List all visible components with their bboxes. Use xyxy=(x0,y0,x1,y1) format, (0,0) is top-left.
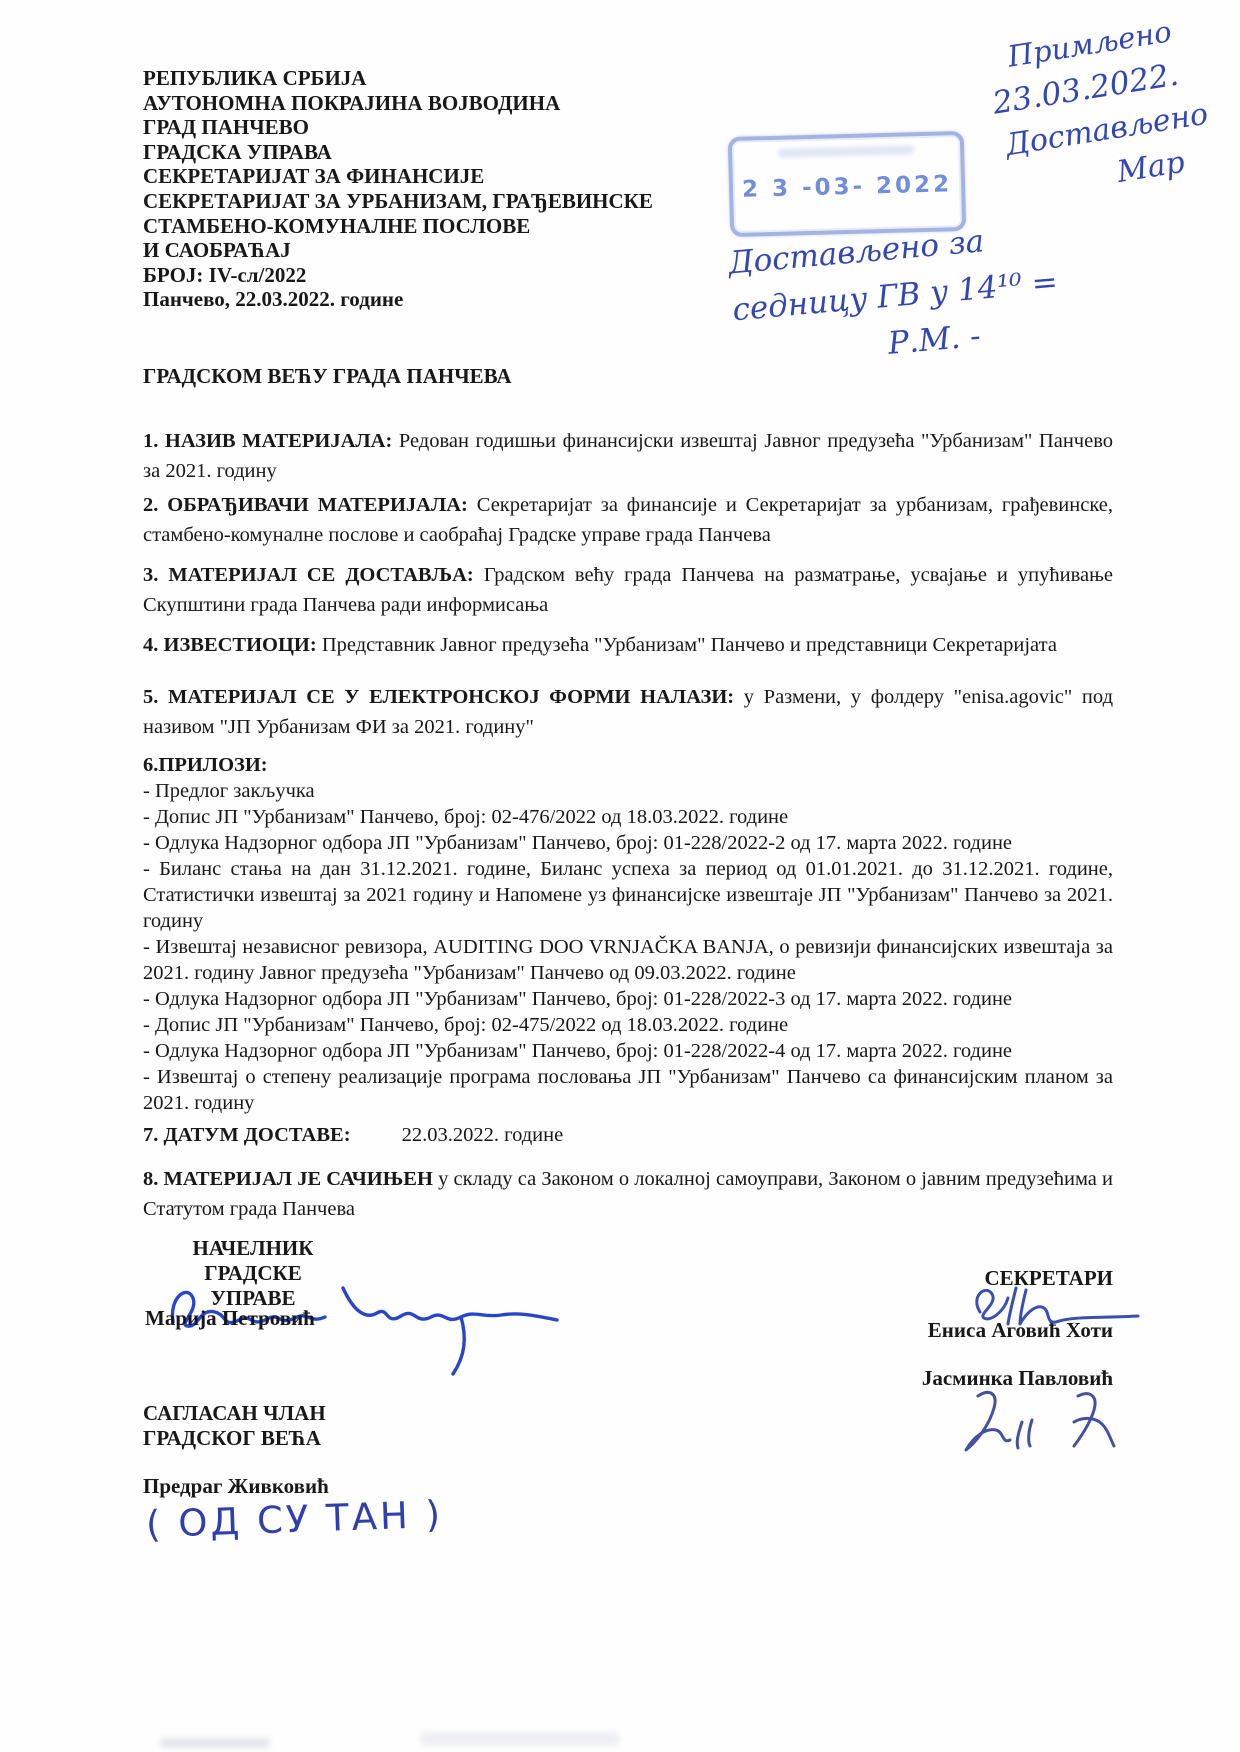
section-8-label: 8. МАТЕРИЈАЛ ЈЕ САЧИЊЕН xyxy=(143,1168,433,1190)
head-official-name: Марија Петровић xyxy=(145,1306,315,1331)
letterhead-line: ГРАД ПАНЧЕВО xyxy=(143,115,653,140)
stamp-smudge xyxy=(778,145,915,158)
member-title: САГЛАСАН ЧЛАН ГРАДСКОГ ВЕЋА xyxy=(143,1401,326,1451)
letterhead-line: СЕКРЕТАРИЈАТ ЗА УРБАНИЗАМ, ГРАЂЕВИНСКЕ xyxy=(143,189,653,214)
letterhead-line: ГРАДСКА УПРАВА xyxy=(143,140,653,165)
section-6-attachments: 6.ПРИЛОЗИ: - Предлог закључка - Допис ЈП… xyxy=(143,752,1113,1116)
handwritten-absent-note: ( ОД СУ ТАН ) xyxy=(145,1493,443,1546)
attachment-item: - Одлука Надзорног одбора ЈП "Урбанизам"… xyxy=(143,1038,1113,1064)
attachment-item: - Предлог закључка xyxy=(143,778,1113,804)
letterhead-line: АУТОНОМНА ПОКРАЈИНА ВОЈВОДИНА xyxy=(143,91,653,116)
section-5-electronic-form: 5. МАТЕРИЈАЛ СЕ У ЕЛЕКТРОНСКОЈ ФОРМИ НАЛ… xyxy=(143,682,1113,742)
letterhead-line: И САОБРАЋАЈ xyxy=(143,238,653,263)
section-2-processors: 2. ОБРАЂИВАЧИ МАТЕРИЈАЛА: Секретаријат з… xyxy=(143,490,1113,550)
letterhead-line: СТАМБЕНО-КОМУНАЛНЕ ПОСЛОВЕ xyxy=(143,214,653,239)
member-title-line: САГЛАСАН ЧЛАН xyxy=(143,1401,326,1426)
attachment-item: - Одлука Надзорног одбора ЈП "Урбанизам"… xyxy=(143,830,1113,856)
letterhead-number-line: БРОЈ: IV-сл/2022 xyxy=(143,263,653,288)
section-5-label: 5. МАТЕРИЈАЛ СЕ У ЕЛЕКТРОНСКОЈ ФОРМИ НАЛ… xyxy=(143,686,734,708)
handwritten-delivered-note: Достављено за седницу ГВ у 14¹⁰ = Р.М. - xyxy=(726,212,1067,381)
letterhead: РЕПУБЛИКА СРБИЈА АУТОНОМНА ПОКРАЈИНА ВОЈ… xyxy=(143,66,653,312)
attachment-item: - Извештај о степену реализације програм… xyxy=(143,1064,1113,1116)
attachment-item: - Допис ЈП "Урбанизам" Панчево, број: 02… xyxy=(143,1012,1113,1038)
letterhead-line: РЕПУБЛИКА СРБИЈА xyxy=(143,66,653,91)
date-stamp: 2 3 -03- 2022 xyxy=(728,131,967,237)
member-name: Предраг Живковић xyxy=(143,1474,329,1499)
section-4-reporters: 4. ИЗВЕСТИОЦИ: Представник Јавног предуз… xyxy=(143,630,1113,660)
member-title-line: ГРАДСКОГ ВЕЋА xyxy=(143,1426,326,1451)
scan-artifact xyxy=(420,1732,620,1746)
handwritten-received-note: Примљено 23.03.2022. Достављено Мар xyxy=(983,0,1240,212)
section-7-date: 22.03.2022. године xyxy=(402,1124,564,1146)
section-2-label: 2. ОБРАЂИВАЧИ МАТЕРИЈАЛА: xyxy=(143,494,468,516)
letterhead-date-line: Панчево, 22.03.2022. године xyxy=(143,287,653,312)
attachment-item: - Одлука Надзорног одбора ЈП "Урбанизам"… xyxy=(143,986,1113,1012)
signature-jasminka-pavlovic xyxy=(948,1384,1138,1456)
attachment-item: - Биланс стања на дан 31.12.2021. године… xyxy=(143,856,1113,934)
head-title-line: НАЧЕЛНИК xyxy=(162,1236,344,1261)
section-7-label: 7. ДАТУМ ДОСТАВЕ: xyxy=(143,1124,351,1146)
addressee-line: ГРАДСКОМ ВЕЋУ ГРАДА ПАНЧЕВА xyxy=(143,364,512,389)
section-6-label: 6.ПРИЛОЗИ: xyxy=(143,754,268,776)
attachment-item: - Извештај независног ревизора, AUDITING… xyxy=(143,934,1113,986)
signature-enisa-agovic xyxy=(958,1280,1143,1332)
section-4-text: Представник Јавног предузећа "Урбанизам"… xyxy=(322,634,1057,656)
section-7-delivery-date: 7. ДАТУМ ДОСТАВЕ: 22.03.2022. године xyxy=(143,1120,1113,1150)
letterhead-line: СЕКРЕТАРИЈАТ ЗА ФИНАНСИЈЕ xyxy=(143,164,653,189)
section-8-legal-basis: 8. МАТЕРИЈАЛ ЈЕ САЧИЊЕН у складу са Зако… xyxy=(143,1164,1113,1224)
scan-artifact xyxy=(160,1738,270,1748)
section-3-label: 3. МАТЕРИЈАЛ СЕ ДОСТАВЉА: xyxy=(143,564,474,586)
stamp-date: 2 3 -03- 2022 xyxy=(733,171,962,203)
section-1-label: 1. НАЗИВ МАТЕРИЈАЛА: xyxy=(143,430,392,452)
attachment-item: - Допис ЈП "Урбанизам" Панчево, број: 02… xyxy=(143,804,1113,830)
section-1-material-name: 1. НАЗИВ МАТЕРИЈАЛА: Редован годишњи фин… xyxy=(143,426,1113,486)
scanned-document-page: РЕПУБЛИКА СРБИЈА АУТОНОМНА ПОКРАЈИНА ВОЈ… xyxy=(0,0,1240,1752)
section-3-delivery: 3. МАТЕРИЈАЛ СЕ ДОСТАВЉА: Градском већу … xyxy=(143,560,1113,620)
section-4-label: 4. ИЗВЕСТИОЦИ: xyxy=(143,634,317,656)
